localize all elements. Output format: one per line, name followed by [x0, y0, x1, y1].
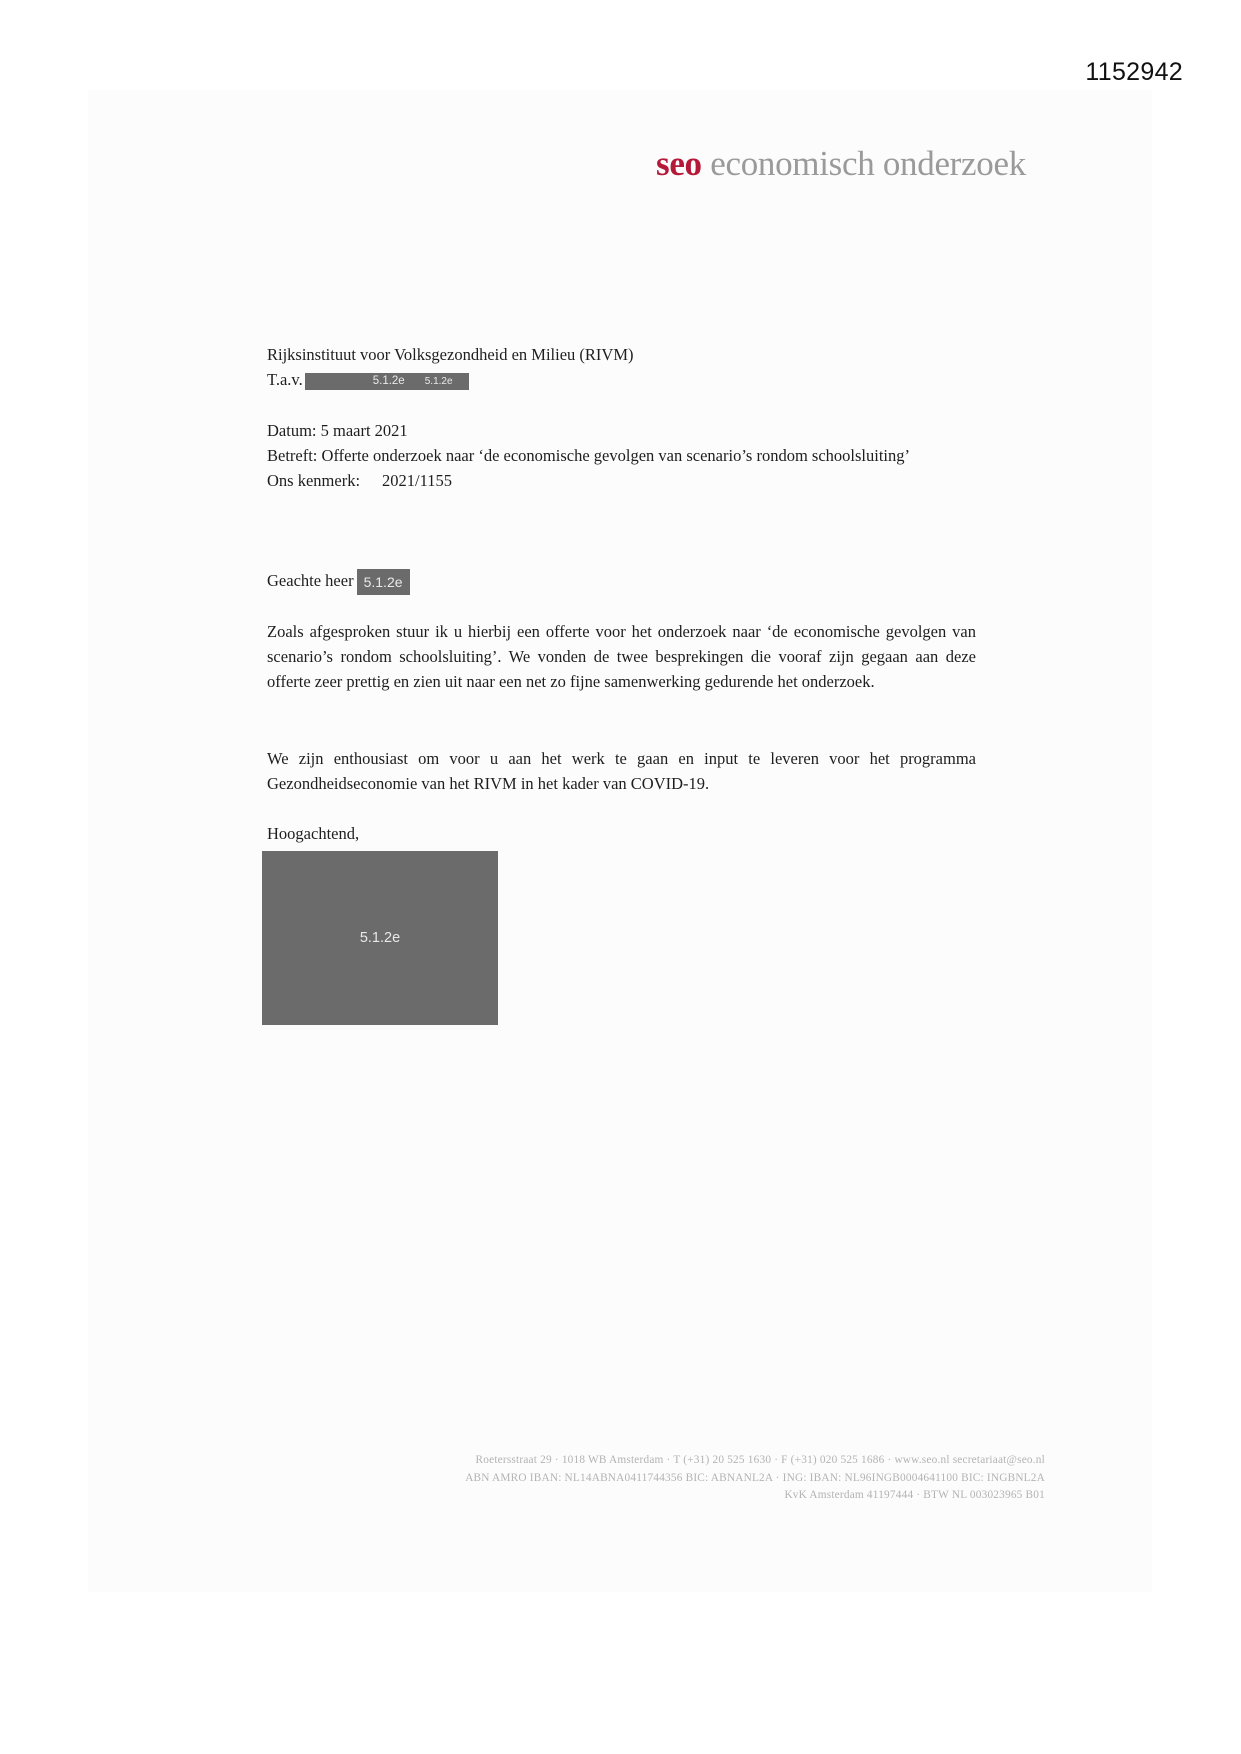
salutation-text: Geachte heer [267, 571, 354, 590]
body-paragraph-2: We zijn enthousiast om voor u aan het we… [267, 746, 976, 796]
footer-address: Roetersstraat 29 · 1018 WB Amsterdam · T… [465, 1452, 1045, 1470]
redaction-code: 5.1.2e [360, 930, 400, 946]
footer-bank: ABN AMRO IBAN: NL14ABNA0411744356 BIC: A… [465, 1470, 1045, 1488]
scanned-page-area [88, 90, 1152, 1592]
logo-brand: seo [656, 144, 702, 183]
attention-line: T.a.v.5.1.2e5.1.2e [267, 367, 634, 392]
body-paragraph-1: Zoals afgesproken stuur ik u hierbij een… [267, 619, 976, 694]
salutation: Geachte heer5.1.2e [267, 568, 410, 595]
closing: Hoogachtend, [267, 821, 359, 846]
redaction-code: 5.1.2e [373, 373, 405, 390]
recipient-organization: Rijksinstituut voor Volksgezondheid en M… [267, 342, 634, 367]
attention-label: T.a.v. [267, 370, 303, 389]
signature-redaction: 5.1.2e [262, 851, 498, 1025]
letter-meta: Datum: 5 maart 2021 Betreft: Offerte ond… [267, 418, 910, 493]
salutation-redaction: 5.1.2e [357, 569, 410, 595]
date-value: 5 maart 2021 [321, 421, 408, 440]
letterhead-footer: Roetersstraat 29 · 1018 WB Amsterdam · T… [465, 1452, 1045, 1505]
date-line: Datum: 5 maart 2021 [267, 418, 910, 443]
footer-registration: KvK Amsterdam 41197444 · BTW NL 00302396… [465, 1487, 1045, 1505]
reference-label: Ons kenmerk: [267, 468, 360, 493]
attention-redaction: 5.1.2e5.1.2e [305, 373, 469, 390]
redaction-code: 5.1.2e [425, 373, 453, 390]
recipient-address: Rijksinstituut voor Volksgezondheid en M… [267, 342, 634, 392]
date-label: Datum: [267, 418, 317, 443]
subject-value: Offerte onderzoek naar ‘de economische g… [322, 446, 910, 465]
seo-logo: seo economisch onderzoek [656, 144, 1026, 184]
subject-line: Betreft: Offerte onderzoek naar ‘de econ… [267, 443, 910, 468]
reference-value: 2021/1155 [382, 471, 452, 490]
reference-line: Ons kenmerk:2021/1155 [267, 468, 910, 493]
subject-label: Betreft: [267, 443, 317, 468]
logo-subtitle: economisch onderzoek [710, 144, 1026, 183]
document-number: 1152942 [1085, 58, 1183, 87]
